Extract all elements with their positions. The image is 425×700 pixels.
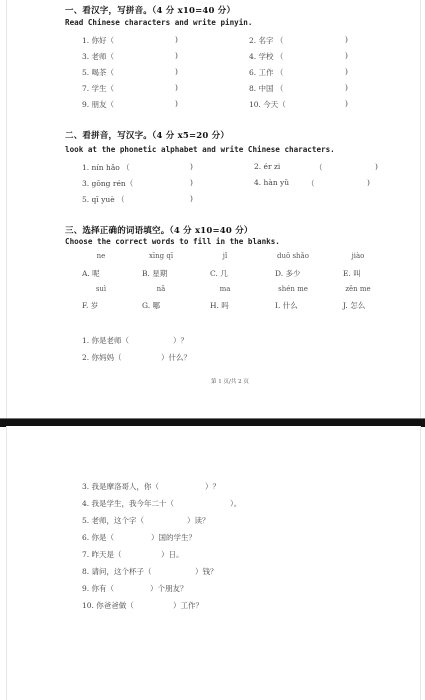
s3-question-4-after: ）。 xyxy=(230,498,241,509)
word-option-a: A. 呢 xyxy=(82,268,100,279)
s1-item-6-close: ) xyxy=(345,67,348,76)
s1-item-5: 5. 喝茶（ xyxy=(82,67,114,78)
s3-question-10-after: ）工作？ xyxy=(173,600,203,611)
s1-item-7: 7. 学生（ xyxy=(82,83,114,94)
word-option-f: F. 岁 xyxy=(82,300,98,311)
s2-item-5: 5. qī yuè （ xyxy=(82,194,125,205)
s2-item-4-open: （ xyxy=(307,178,315,189)
s1-item-8-close: ) xyxy=(345,83,348,92)
s3-question-9-after: ）个朋友？ xyxy=(150,583,188,594)
s1-item-5-close: ) xyxy=(175,67,178,76)
word-option-b: B. 星期 xyxy=(142,268,167,279)
s2-item-2-close: ) xyxy=(375,162,378,171)
document-page-1: 一、看汉字，写拼音。（4 分 x10=40 分） Read Chinese ch… xyxy=(6,0,421,418)
section1-heading: 一、看汉字，写拼音。（4 分 x10=40 分） xyxy=(65,4,235,16)
s3-question-10: 10. 你爸爸做（ xyxy=(82,600,134,611)
s1-item-10-close: ) xyxy=(345,99,348,108)
word-option-j: J. 怎么 xyxy=(343,300,365,311)
word-pinyin-g: nǎ xyxy=(126,285,196,293)
word-option-d: D. 多少 xyxy=(275,268,301,279)
section2-heading: 二、看拼音，写汉字。（4 分 x5=20 分） xyxy=(65,129,229,141)
section3-instruction: Choose the correct words to fill in the … xyxy=(65,237,280,246)
s1-item-7-close: ) xyxy=(175,83,178,92)
s1-item-9-close: ) xyxy=(175,99,178,108)
s3-question-8: 8. 请问，这个杯子（ xyxy=(82,566,152,577)
word-pinyin-d: duō shǎo xyxy=(258,252,328,260)
document-page-2: 3. 我是摩洛哥人，你（ ）？ 4. 我是学生，我今年二十（ ）。 5. 老师，… xyxy=(6,426,421,700)
word-pinyin-h: ma xyxy=(190,285,260,293)
s3-question-1-after: ）？ xyxy=(173,335,188,346)
section1-instruction: Read Chinese characters and write pinyin… xyxy=(65,18,252,27)
s3-question-3: 3. 我是摩洛哥人，你（ xyxy=(82,481,159,492)
s3-question-6: 6. 你是（ xyxy=(82,532,114,543)
s3-question-5-after: ）读？ xyxy=(187,515,210,526)
word-pinyin-e: jiào xyxy=(323,252,393,260)
s3-question-8-after: ）钱？ xyxy=(195,566,218,577)
s2-item-4-close: ) xyxy=(367,178,370,187)
s2-item-2: 2. ér zi xyxy=(254,162,280,171)
s2-item-3: 3. gōng rén（ xyxy=(82,178,133,189)
word-pinyin-c: jǐ xyxy=(190,252,260,260)
word-pinyin-b: xīng qī xyxy=(126,252,196,260)
word-pinyin-j: zěn me xyxy=(323,285,393,293)
s3-question-5: 5. 老师，这个字（ xyxy=(82,515,144,526)
s1-item-4-close: ) xyxy=(345,51,348,60)
s1-item-10: 10. 今天（ xyxy=(249,99,286,110)
s3-question-3-after: ）？ xyxy=(205,481,220,492)
s2-item-1: 1. nín hǎo （ xyxy=(82,162,130,173)
s1-item-6: 6. 工作 （ xyxy=(249,67,283,78)
section3-heading: 三、选择正确的词语填空。（4 分 x10=40 分） xyxy=(65,224,253,236)
word-option-h: H. 吗 xyxy=(210,300,229,311)
word-option-g: G. 哪 xyxy=(142,300,160,311)
s2-item-4: 4. hàn yǔ xyxy=(254,178,289,187)
s3-question-7: 7. 昨天是（ xyxy=(82,549,122,560)
s1-item-2: 2. 名字 （ xyxy=(249,35,283,46)
s2-item-3-close: ) xyxy=(190,178,193,187)
s1-item-4: 4. 学校 （ xyxy=(249,51,283,62)
s1-item-1: 1. 你好（ xyxy=(82,35,114,46)
s1-item-1-close: ) xyxy=(175,35,178,44)
section2-instruction: look at the phonetic alphabet and write … xyxy=(65,145,335,154)
s2-item-1-close: ) xyxy=(190,162,193,171)
s1-item-8: 8. 中国 （ xyxy=(249,83,283,94)
s1-item-2-close: ) xyxy=(345,35,348,44)
s3-question-6-after: ）国的学生？ xyxy=(151,532,196,543)
page-footer: 第 1 页/共 2 页 xyxy=(211,377,249,385)
s1-item-9: 9. 朋友（ xyxy=(82,99,114,110)
s3-question-4: 4. 我是学生，我今年二十（ xyxy=(82,498,174,509)
s3-question-9: 9. 你有（ xyxy=(82,583,114,594)
s3-question-2: 2. 你妈妈（ xyxy=(82,352,122,363)
s3-question-1: 1. 你是老师（ xyxy=(82,335,129,346)
s2-item-2-open: （ xyxy=(315,162,323,173)
s3-question-2-after: ）什么？ xyxy=(161,352,191,363)
word-pinyin-i: shén me xyxy=(258,285,328,293)
s1-item-3: 3. 老师（ xyxy=(82,51,114,62)
word-option-c: C. 几 xyxy=(210,268,228,279)
s3-question-7-after: ）日。 xyxy=(161,549,184,560)
word-option-i: I. 什么 xyxy=(275,300,298,311)
word-option-e: E. 叫 xyxy=(343,268,361,279)
s2-item-5-close: ) xyxy=(190,194,193,203)
s1-item-3-close: ) xyxy=(175,51,178,60)
